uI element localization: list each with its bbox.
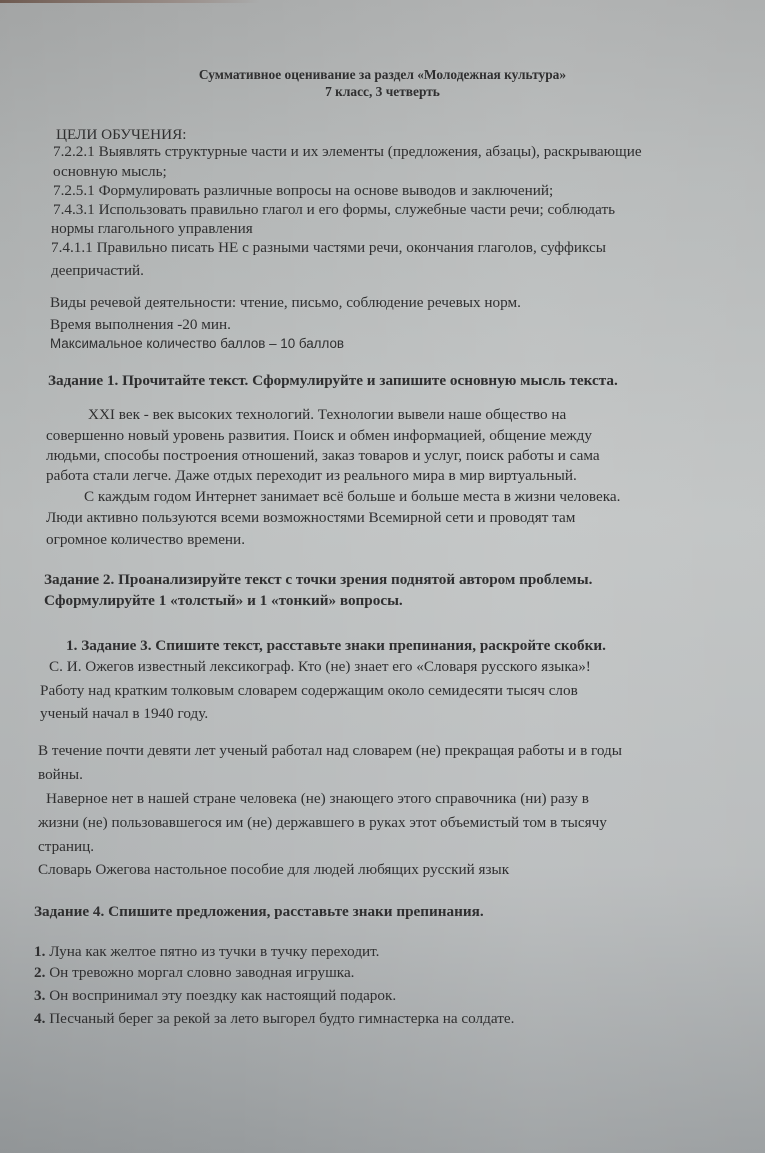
task1-text-line: работа стали легче. Даже отдых переходит… <box>46 467 577 485</box>
task3-text-line: жизни (не) пользовавшегося им (не) держа… <box>38 814 607 832</box>
task4-item-number: 1. <box>34 943 45 960</box>
task4-item: 1. Луна как желтое пятно из тучки в тучк… <box>34 943 379 961</box>
goal-line: 7.4.1.1 Правильно писать НЕ с разными ча… <box>51 239 606 257</box>
task1-text-line: Люди активно пользуются всеми возможност… <box>46 509 575 527</box>
task1-text-line: огромное количество времени. <box>46 531 245 549</box>
goal-line: нормы глагольного управления <box>51 220 253 238</box>
task3-text-line: Наверное нет в нашей стране человека (не… <box>46 790 589 808</box>
task4-item-text: Он воспринимал эту поездку как настоящий… <box>49 987 396 1004</box>
task4-item-text: Песчаный берег за рекой за лето выгорел … <box>49 1010 514 1027</box>
task4-item: 3. Он воспринимал эту поездку как настоя… <box>34 987 396 1005</box>
task4-item: 4. Песчаный берег за рекой за лето выгор… <box>34 1010 514 1028</box>
goal-line: 7.2.2.1 Выявлять структурные части и их … <box>53 143 642 161</box>
task2-heading-line2: Сформулируйте 1 «толстый» и 1 «тонкий» в… <box>44 592 403 610</box>
task1-text-line: совершенно новый уровень развития. Поиск… <box>46 427 592 445</box>
task3-heading: 1. Задание 3. Спишите текст, расставьте … <box>66 637 606 655</box>
task4-item-number: 2. <box>34 964 45 981</box>
worksheet-page: Суммативное оценивание за раздел «Молоде… <box>0 0 765 1153</box>
goal-line: 7.4.3.1 Использовать правильно глагол и … <box>53 201 615 219</box>
goal-line: деепричастий. <box>51 262 144 280</box>
max-score-text: Максимальное количество баллов – 10 балл… <box>50 335 344 353</box>
document-title: Суммативное оценивание за раздел «Молоде… <box>0 66 765 84</box>
task4-heading: Задание 4. Спишите предложения, расставь… <box>34 903 484 921</box>
task3-text-line: войны. <box>38 766 83 784</box>
task2-heading-line1: Задание 2. Проанализируйте текст с точки… <box>44 571 592 589</box>
task3-text-line: С. И. Ожегов известный лексикограф. Кто … <box>49 658 591 676</box>
task4-item-text: Луна как желтое пятно из тучки в тучку п… <box>49 943 379 960</box>
task3-text-line: Словарь Ожегова настольное пособие для л… <box>38 861 509 879</box>
task3-text-line: страниц. <box>38 838 94 856</box>
goals-heading: ЦЕЛИ ОБУЧЕНИЯ: <box>56 126 186 144</box>
time-text: Время выполнения -20 мин. <box>50 316 231 334</box>
task4-item: 2. Он тревожно моргал словно заводная иг… <box>34 964 354 982</box>
task4-item-text: Он тревожно моргал словно заводная игруш… <box>49 964 354 981</box>
activities-text: Виды речевой деятельности: чтение, письм… <box>50 294 521 312</box>
task3-text-line: ученый начал в 1940 году. <box>40 705 208 723</box>
goal-line: 7.2.5.1 Формулировать различные вопросы … <box>53 182 553 200</box>
task3-text-line: В течение почти девяти лет ученый работа… <box>38 742 622 760</box>
goal-line: основную мысль; <box>53 163 167 181</box>
task4-item-number: 4. <box>34 1010 45 1027</box>
task1-text-line: людьми, способы построения отношений, за… <box>46 447 600 465</box>
task1-heading: Задание 1. Прочитайте текст. Сформулируй… <box>48 372 618 390</box>
document-subtitle: 7 класс, 3 четверть <box>0 83 765 101</box>
task3-text-line: Работу над кратким толковым словарем сод… <box>40 682 578 700</box>
task1-text-line: С каждым годом Интернет занимает всё бол… <box>84 488 620 506</box>
task4-item-number: 3. <box>34 987 45 1004</box>
task1-text-line: XXI век - век высоких технологий. Технол… <box>88 406 566 424</box>
